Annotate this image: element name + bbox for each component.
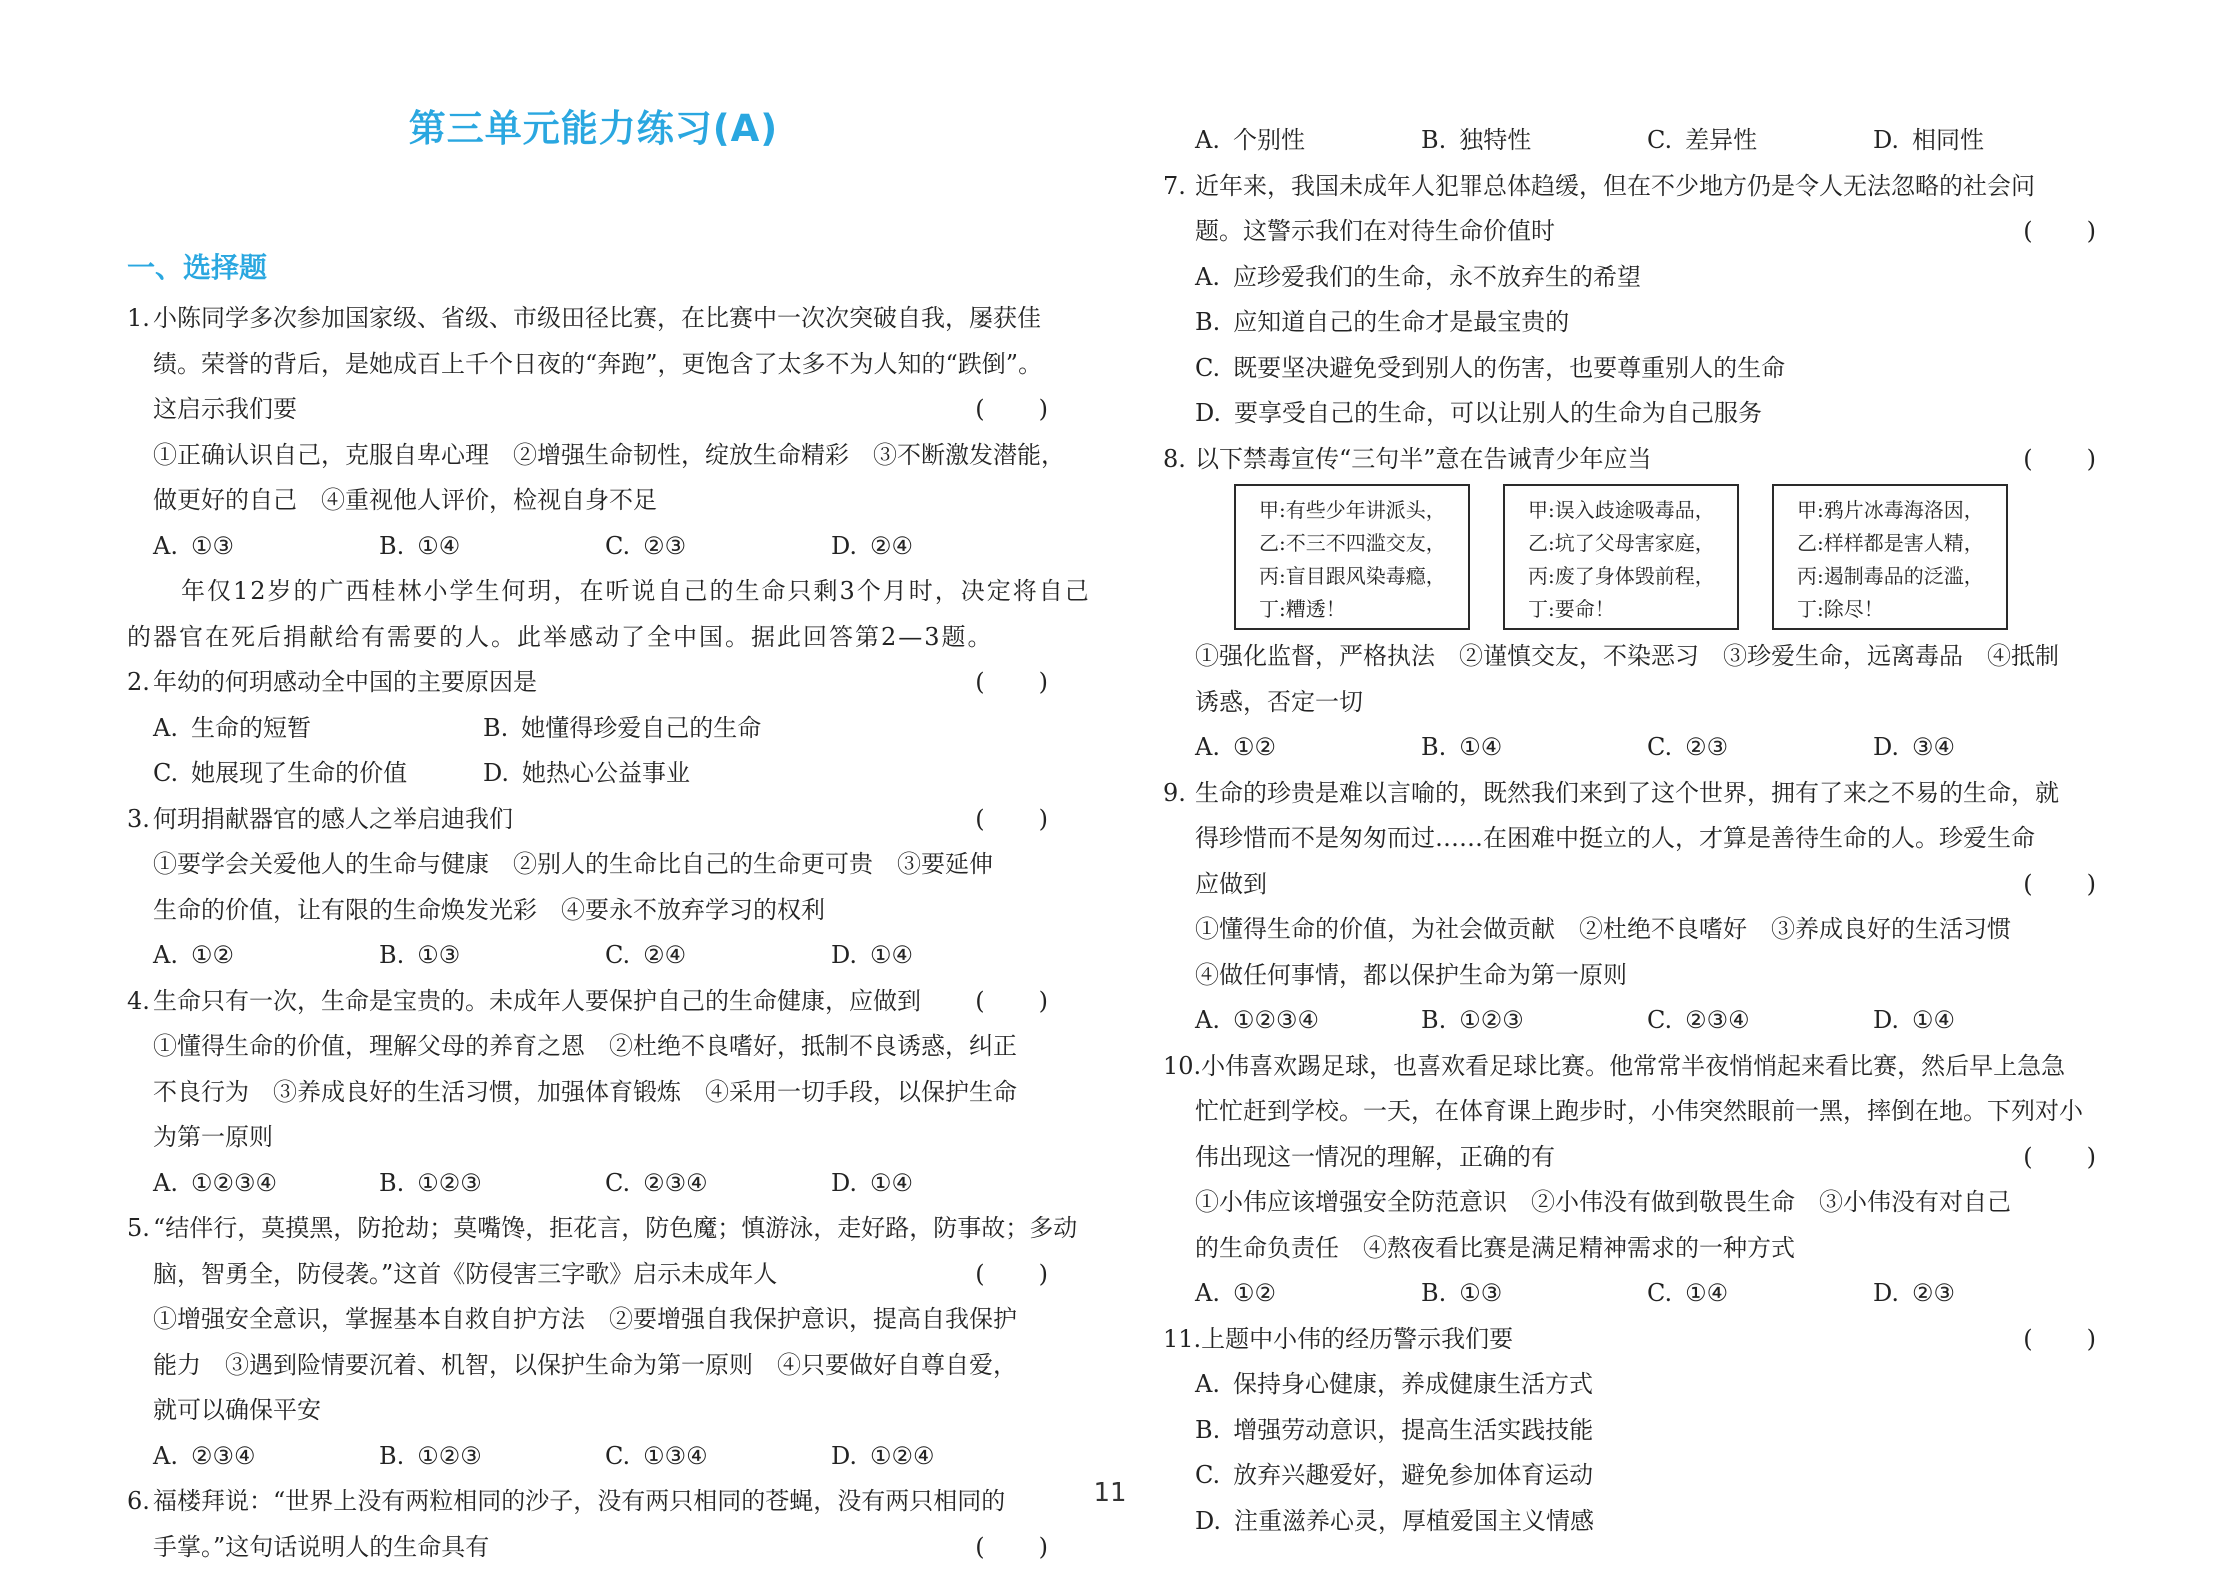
answer-blank: ( ) xyxy=(2023,209,2098,255)
text-line: 能力 ③遇到险情要沉着、机智，以保护生命为第一原则 ④只要做好自尊自爱， xyxy=(127,1343,1060,1389)
option-label: A. xyxy=(153,1169,178,1197)
option-a: A.②③④ xyxy=(153,1434,379,1480)
options-row: A.①②B.①④C.②③D.③④ xyxy=(1163,725,2108,771)
option-text: 注重滋养心灵，厚植爱国主义情感 xyxy=(1234,1507,1594,1535)
slogan-line: 乙:样样都是害人精， xyxy=(1797,527,2006,560)
question-number: 8. xyxy=(1163,437,1195,483)
option-d: D.①④ xyxy=(831,1161,1057,1207)
text-line: 伟出现这一情况的理解，正确的有( ) xyxy=(1163,1135,2108,1181)
option-label: B. xyxy=(1421,126,1446,154)
text-line: 题。这警示我们在对待生命价值时( ) xyxy=(1163,209,2108,255)
slogan-line: 乙:不三不四滥交友， xyxy=(1259,527,1468,560)
slogan-line: 丙:盲目跟风染毒瘾， xyxy=(1259,560,1468,593)
option-text: 应知道自己的生命才是最宝贵的 xyxy=(1233,308,1569,336)
option-text: ①③ xyxy=(417,941,460,969)
option-a: A.个别性 xyxy=(1195,118,1421,164)
option-label: D. xyxy=(831,941,857,969)
answer-blank: ( ) xyxy=(975,1252,1050,1298)
question-stem-line: 4.生命只有一次，生命是宝贵的。未成年人要保护自己的生命健康，应做到( ) xyxy=(127,979,1060,1025)
option-text: ①④ xyxy=(1685,1279,1728,1307)
option-text: ①④ xyxy=(870,1169,913,1197)
text-line: 这启示我们要( ) xyxy=(127,387,1060,433)
text-line: 为第一原则 xyxy=(127,1115,1060,1161)
option-line: C.既要坚决避免受到别人的伤害，也要尊重别人的生命 xyxy=(1163,346,2108,392)
option-label: D. xyxy=(1195,399,1221,427)
options-row: A.①②B.①③C.②④D.①④ xyxy=(127,933,1060,979)
option-label: C. xyxy=(1647,733,1672,761)
options-row: A.生命的短暂B.她懂得珍爱自己的生命 xyxy=(127,706,1060,752)
question-number: 4. xyxy=(127,979,153,1025)
page-title: 第三单元能力练习(A) xyxy=(127,98,1060,152)
answer-blank: ( ) xyxy=(2023,862,2098,908)
option-a: A.①②③④ xyxy=(1195,998,1421,1044)
option-label: A. xyxy=(1195,1006,1220,1034)
option-b: B.①③ xyxy=(1421,1271,1647,1317)
option-label: A. xyxy=(1195,1370,1220,1398)
question-text: 上题中小伟的经历警示我们要 xyxy=(1201,1325,1513,1353)
answer-blank: ( ) xyxy=(975,1525,1050,1571)
text-content: ①强化监督，严格执法 ②谨慎交友，不染恶习 ③珍爱生命，远离毒品 ④抵制 xyxy=(1195,642,2059,670)
worksheet-page: 第三单元能力练习(A) 一、选择题 1.小陈同学多次参加国家级、省级、市级田径比… xyxy=(0,0,2220,1571)
option-text: 个别性 xyxy=(1233,126,1305,154)
option-d: D.②③ xyxy=(1873,1271,2099,1317)
option-label: B. xyxy=(1421,733,1446,761)
option-text: ①② xyxy=(1233,1279,1276,1307)
question-number: 2. xyxy=(127,660,153,706)
option-text: ②③④ xyxy=(1685,1006,1750,1034)
text-line: ①强化监督，严格执法 ②谨慎交友，不染恶习 ③珍爱生命，远离毒品 ④抵制 xyxy=(1163,634,2108,680)
option-d: D.她热心公益事业 xyxy=(483,751,690,797)
question-stem-line: 1.小陈同学多次参加国家级、省级、市级田径比赛，在比赛中一次次突破自我，屡获佳 xyxy=(127,296,1060,342)
question-text: 近年来，我国未成年人犯罪总体趋缓，但在不少地方仍是令人无法忽略的社会问 xyxy=(1195,172,2035,200)
option-label: C. xyxy=(605,532,630,560)
option-b: B.独特性 xyxy=(1421,118,1647,164)
option-label: C. xyxy=(605,1169,630,1197)
option-label: A. xyxy=(1195,1279,1220,1307)
options-row: A.①②③④B.①②③C.②③④D.①④ xyxy=(127,1161,1060,1207)
text-content: 诱惑，否定一切 xyxy=(1195,688,1363,716)
question-number: 7. xyxy=(1163,164,1195,210)
option-text: ①②③④ xyxy=(1233,1006,1319,1034)
text-content: 的器官在死后捐献给有需要的人。此举感动了全中国。据此回答第2—3题。 xyxy=(127,623,994,651)
slogan-line: 丙:废了身体毁前程， xyxy=(1528,560,1737,593)
option-text: ①④ xyxy=(870,941,913,969)
text-content: ①要学会关爱他人的生命与健康 ②别人的生命比自己的生命更可贵 ③要延伸 xyxy=(153,850,993,878)
option-text: ①③④ xyxy=(643,1442,708,1470)
slogan-line: 丁:要命！ xyxy=(1528,593,1737,626)
option-label: C. xyxy=(1647,126,1672,154)
question-stem-line: 3.何玥捐献器官的感人之举启迪我们( ) xyxy=(127,797,1060,843)
option-text: ②③ xyxy=(1685,733,1728,761)
option-text: ①③ xyxy=(1459,1279,1502,1307)
text-content: 脑，智勇全，防侵袭。”这首《防侵害三字歌》启示未成年人 xyxy=(153,1260,777,1288)
options-row: C.她展现了生命的价值D.她热心公益事业 xyxy=(127,751,1060,797)
text-content: 得珍惜而不是匆匆而过……在困难中挺立的人，才算是善待生命的人。珍爱生命 xyxy=(1195,824,2035,852)
text-content: ①正确认识自己，克服自卑心理 ②增强生命韧性，绽放生命精彩 ③不断激发潜能， xyxy=(153,441,1065,469)
option-line: A.保持身心健康，养成健康生活方式 xyxy=(1163,1362,2108,1408)
option-label: D. xyxy=(1873,733,1899,761)
answer-blank: ( ) xyxy=(975,660,1050,706)
text-content: 能力 ③遇到险情要沉着、机智，以保护生命为第一原则 ④只要做好自尊自爱， xyxy=(153,1351,1017,1379)
option-label: D. xyxy=(1873,1006,1899,1034)
question-number: 1. xyxy=(127,296,153,342)
options-row: A.①②B.①③C.①④D.②③ xyxy=(1163,1271,2108,1317)
question-stem-line: 5.“结伴行，莫摸黑，防抢劫；莫嘴馋，拒花言，防色魔；慎游泳，走好路，防事故；多… xyxy=(127,1206,1060,1252)
option-d: D.②④ xyxy=(831,524,1057,570)
option-label: A. xyxy=(1195,126,1220,154)
option-text: ①②③ xyxy=(417,1442,482,1470)
slogan-line: 甲:误入歧途吸毒品， xyxy=(1528,494,1737,527)
option-c: C.②③④ xyxy=(605,1161,831,1207)
text-content: ①懂得生命的价值，理解父母的养育之恩 ②杜绝不良嗜好，抵制不良诱惑，纠正 xyxy=(153,1032,1017,1060)
question-number: 5. xyxy=(127,1206,153,1252)
text-content: 手掌。”这句话说明人的生命具有 xyxy=(153,1533,489,1561)
option-label: A. xyxy=(153,1442,178,1470)
option-c: C.①③④ xyxy=(605,1434,831,1480)
text-line: 得珍惜而不是匆匆而过……在困难中挺立的人，才算是善待生命的人。珍爱生命 xyxy=(1163,816,2108,862)
question-text: 年幼的何玥感动全中国的主要原因是 xyxy=(153,668,537,696)
text-line: ①增强安全意识，掌握基本自救自护方法 ②要增强自我保护意识，提高自我保护 xyxy=(127,1297,1060,1343)
question-stem-line: 9.生命的珍贵是难以言喻的，既然我们来到了这个世界，拥有了来之不易的生命，就 xyxy=(1163,771,2108,817)
question-text: 生命的珍贵是难以言喻的，既然我们来到了这个世界，拥有了来之不易的生命，就 xyxy=(1195,779,2059,807)
text-line: 应做到( ) xyxy=(1163,862,2108,908)
option-b: B.①②③ xyxy=(379,1161,605,1207)
option-text: 她展现了生命的价值 xyxy=(191,759,407,787)
option-label: B. xyxy=(1195,308,1220,336)
option-line: B.增强劳动意识，提高生活实践技能 xyxy=(1163,1408,2108,1454)
option-text: ②③④ xyxy=(643,1169,708,1197)
text-content: ④做任何事情，都以保护生命为第一原则 xyxy=(1195,961,1627,989)
drug-slogan-box: 甲:误入歧途吸毒品，乙:坑了父母害家庭，丙:废了身体毁前程，丁:要命！ xyxy=(1503,484,1739,630)
option-text: 生命的短暂 xyxy=(191,714,311,742)
option-label: C. xyxy=(1195,1461,1220,1489)
option-d: D.相同性 xyxy=(1873,118,2099,164)
drug-slogan-box: 甲:有些少年讲派头，乙:不三不四滥交友，丙:盲目跟风染毒瘾，丁:糟透！ xyxy=(1234,484,1470,630)
option-text: 差异性 xyxy=(1685,126,1757,154)
option-d: D.①②④ xyxy=(831,1434,1057,1480)
text-content: 忙忙赶到学校。一天，在体育课上跑步时，小伟突然眼前一黑，摔倒在地。下列对小 xyxy=(1195,1097,2083,1125)
question-number: 6. xyxy=(127,1479,153,1525)
option-a: A.①② xyxy=(153,933,379,979)
option-text: 独特性 xyxy=(1459,126,1531,154)
question-number: 3. xyxy=(127,797,153,843)
question-text: 福楼拜说：“世界上没有两粒相同的沙子，没有两只相同的苍蝇，没有两只相同的 xyxy=(153,1487,1005,1515)
option-label: D. xyxy=(1195,1507,1221,1535)
option-b: B.①④ xyxy=(1421,725,1647,771)
question-text: 生命只有一次，生命是宝贵的。未成年人要保护自己的生命健康，应做到 xyxy=(153,987,921,1015)
option-a: A.①③ xyxy=(153,524,379,570)
option-b: B.①④ xyxy=(379,524,605,570)
option-text: 放弃兴趣爱好，避免参加体育运动 xyxy=(1233,1461,1593,1489)
option-c: C.②③ xyxy=(605,524,831,570)
slogan-line: 甲:鸦片冰毒海洛因， xyxy=(1797,494,2006,527)
question-text: 小伟喜欢踢足球，也喜欢看足球比赛。他常常半夜悄悄起来看比赛，然后早上急急 xyxy=(1201,1052,2065,1080)
slogan-line: 乙:坑了父母害家庭， xyxy=(1528,527,1737,560)
option-label: D. xyxy=(831,1442,857,1470)
right-column-lower: ①强化监督，严格执法 ②谨慎交友，不染恶习 ③珍爱生命，远离毒品 ④抵制诱惑，否… xyxy=(1163,634,2108,1544)
right-column-upper: A.个别性B.独特性C.差异性D.相同性7.近年来，我国未成年人犯罪总体趋缓，但… xyxy=(1163,118,2108,482)
text-line: ①正确认识自己，克服自卑心理 ②增强生命韧性，绽放生命精彩 ③不断激发潜能， xyxy=(127,433,1060,479)
option-label: B. xyxy=(379,1169,404,1197)
drug-slogan-box: 甲:鸦片冰毒海洛因，乙:样样都是害人精，丙:遏制毒品的泛滥，丁:除尽！ xyxy=(1772,484,2008,630)
option-line: D.注重滋养心灵，厚植爱国主义情感 xyxy=(1163,1499,2108,1545)
text-line: 就可以确保平安 xyxy=(127,1388,1060,1434)
text-content: 题。这警示我们在对待生命价值时 xyxy=(1195,217,1555,245)
answer-blank: ( ) xyxy=(975,979,1050,1025)
text-content: ①懂得生命的价值，为社会做贡献 ②杜绝不良嗜好 ③养成良好的生活习惯 xyxy=(1195,915,2011,943)
text-content: 这启示我们要 xyxy=(153,395,297,423)
option-label: D. xyxy=(831,1169,857,1197)
option-text: 保持身心健康，养成健康生活方式 xyxy=(1233,1370,1593,1398)
option-line: A.应珍爱我们的生命，永不放弃生的希望 xyxy=(1163,255,2108,301)
option-label: C. xyxy=(605,1442,630,1470)
option-text: 既要坚决避免受到别人的伤害，也要尊重别人的生命 xyxy=(1233,354,1785,382)
text-line: 的生命负责任 ④熬夜看比赛是满足精神需求的一种方式 xyxy=(1163,1226,2108,1272)
slogan-line: 甲:有些少年讲派头， xyxy=(1259,494,1468,527)
option-text: ①②④ xyxy=(870,1442,935,1470)
question-stem-line: 6.福楼拜说：“世界上没有两粒相同的沙子，没有两只相同的苍蝇，没有两只相同的 xyxy=(127,1479,1060,1525)
question-text: “结伴行，莫摸黑，防抢劫；莫嘴馋，拒花言，防色魔；慎游泳，走好路，防事故；多动 xyxy=(153,1214,1077,1242)
question-stem-line: 10.小伟喜欢踢足球，也喜欢看足球比赛。他常常半夜悄悄起来看比赛，然后早上急急 xyxy=(1163,1044,2108,1090)
option-line: B.应知道自己的生命才是最宝贵的 xyxy=(1163,300,2108,346)
text-line: 诱惑，否定一切 xyxy=(1163,680,2108,726)
option-label: B. xyxy=(379,1442,404,1470)
text-line: 年仅12岁的广西桂林小学生何玥，在听说自己的生命只剩3个月时，决定将自己 xyxy=(127,569,1060,615)
option-label: C. xyxy=(1647,1006,1672,1034)
answer-blank: ( ) xyxy=(2023,1135,2098,1181)
question-stem-line: 8.以下禁毒宣传“三句半”意在告诫青少年应当( ) xyxy=(1163,437,2108,483)
option-text: 相同性 xyxy=(1912,126,1984,154)
option-label: B. xyxy=(1421,1279,1446,1307)
option-line: C.放弃兴趣爱好，避免参加体育运动 xyxy=(1163,1453,2108,1499)
option-c: C.①④ xyxy=(1647,1271,1873,1317)
options-row: A.①②③④B.①②③C.②③④D.①④ xyxy=(1163,998,2108,1044)
option-label: B. xyxy=(1195,1416,1220,1444)
option-label: D. xyxy=(1873,1279,1899,1307)
options-row: A.个别性B.独特性C.差异性D.相同性 xyxy=(1163,118,2108,164)
text-line: 不良行为 ③养成良好的生活习惯，加强体育锻炼 ④采用一切手段，以保护生命 xyxy=(127,1070,1060,1116)
text-content: ①增强安全意识，掌握基本自救自护方法 ②要增强自我保护意识，提高自我保护 xyxy=(153,1305,1017,1333)
option-a: A.①② xyxy=(1195,725,1421,771)
option-a: A.①② xyxy=(1195,1271,1421,1317)
option-d: D.③④ xyxy=(1873,725,2099,771)
question-number: 10. xyxy=(1163,1044,1201,1090)
option-text: ②③ xyxy=(643,532,686,560)
option-text: ①④ xyxy=(1912,1006,1955,1034)
text-content: 年仅12岁的广西桂林小学生何玥，在听说自己的生命只剩3个月时，决定将自己 xyxy=(181,577,1091,605)
question-text: 以下禁毒宣传“三句半”意在告诫青少年应当 xyxy=(1195,445,1652,473)
question-number: 11. xyxy=(1163,1317,1201,1363)
slogan-line: 丁:糟透！ xyxy=(1259,593,1468,626)
option-text: ①④ xyxy=(417,532,460,560)
option-label: B. xyxy=(1421,1006,1446,1034)
option-text: 要享受自己的生命，可以让别人的生命为自己服务 xyxy=(1234,399,1762,427)
text-content: 不良行为 ③养成良好的生活习惯，加强体育锻炼 ④采用一切手段，以保护生命 xyxy=(153,1078,1017,1106)
text-content: 伟出现这一情况的理解，正确的有 xyxy=(1195,1143,1555,1171)
text-content: 应做到 xyxy=(1195,870,1267,898)
question-text: 小陈同学多次参加国家级、省级、市级田径比赛，在比赛中一次次突破自我，屡获佳 xyxy=(153,304,1041,332)
text-line: 脑，智勇全，防侵袭。”这首《防侵害三字歌》启示未成年人( ) xyxy=(127,1252,1060,1298)
option-text: ②④ xyxy=(643,941,686,969)
text-line: ④做任何事情，都以保护生命为第一原则 xyxy=(1163,953,2108,999)
slogan-line: 丁:除尽！ xyxy=(1797,593,2006,626)
option-text: 应珍爱我们的生命，永不放弃生的希望 xyxy=(1233,263,1641,291)
answer-blank: ( ) xyxy=(975,797,1050,843)
option-text: ①③ xyxy=(191,532,234,560)
question-number: 9. xyxy=(1163,771,1195,817)
text-line: 的器官在死后捐献给有需要的人。此举感动了全中国。据此回答第2—3题。 xyxy=(127,615,1060,661)
option-text: 增强劳动意识，提高生活实践技能 xyxy=(1233,1416,1593,1444)
option-label: A. xyxy=(153,941,178,969)
option-text: ①②③④ xyxy=(191,1169,277,1197)
answer-blank: ( ) xyxy=(975,387,1050,433)
question-stem-line: 11.上题中小伟的经历警示我们要( ) xyxy=(1163,1317,2108,1363)
option-c: C.差异性 xyxy=(1647,118,1873,164)
option-label: D. xyxy=(483,759,509,787)
option-line: D.要享受自己的生命，可以让别人的生命为自己服务 xyxy=(1163,391,2108,437)
option-text: ①②③ xyxy=(1459,1006,1524,1034)
option-text: ①④ xyxy=(1459,733,1502,761)
option-label: A. xyxy=(1195,263,1220,291)
answer-blank: ( ) xyxy=(2023,437,2098,483)
text-content: 绩。荣誉的背后，是她成百上千个日夜的“奔跑”，更饱含了太多不为人知的“跌倒”。 xyxy=(153,350,1042,378)
option-label: C. xyxy=(1195,354,1220,382)
option-c: C.②④ xyxy=(605,933,831,979)
text-line: ①懂得生命的价值，理解父母的养育之恩 ②杜绝不良嗜好，抵制不良诱惑，纠正 xyxy=(127,1024,1060,1070)
option-text: ②③④ xyxy=(191,1442,256,1470)
drug-slogan-boxes: 甲:有些少年讲派头，乙:不三不四滥交友，丙:盲目跟风染毒瘾，丁:糟透！甲:误入歧… xyxy=(1163,484,2108,630)
option-b: B.①②③ xyxy=(379,1434,605,1480)
text-content: 的生命负责任 ④熬夜看比赛是满足精神需求的一种方式 xyxy=(1195,1234,1795,1262)
options-row: A.①③B.①④C.②③D.②④ xyxy=(127,524,1060,570)
slogan-line: 丙:遏制毒品的泛滥， xyxy=(1797,560,2006,593)
option-d: D.①④ xyxy=(1873,998,2099,1044)
text-content: 就可以确保平安 xyxy=(153,1396,321,1424)
options-row: A.②③④B.①②③C.①③④D.①②④ xyxy=(127,1434,1060,1480)
text-content: 为第一原则 xyxy=(153,1123,273,1151)
text-line: ①小伟应该增强安全防范意识 ②小伟没有做到敬畏生命 ③小伟没有对自己 xyxy=(1163,1180,2108,1226)
option-label: C. xyxy=(153,759,178,787)
text-content: 生命的价值，让有限的生命焕发光彩 ④要永不放弃学习的权利 xyxy=(153,896,825,924)
text-line: 手掌。”这句话说明人的生命具有( ) xyxy=(127,1525,1060,1571)
option-label: D. xyxy=(831,532,857,560)
right-column: A.个别性B.独特性C.差异性D.相同性7.近年来，我国未成年人犯罪总体趋缓，但… xyxy=(1163,118,2108,1544)
option-text: 她热心公益事业 xyxy=(522,759,690,787)
option-c: C.②③ xyxy=(1647,725,1873,771)
option-label: B. xyxy=(379,941,404,969)
text-line: ①懂得生命的价值，为社会做贡献 ②杜绝不良嗜好 ③养成良好的生活习惯 xyxy=(1163,907,2108,953)
option-c: C.她展现了生命的价值 xyxy=(153,751,483,797)
option-b: B.①③ xyxy=(379,933,605,979)
option-text: ③④ xyxy=(1912,733,1955,761)
option-b: B.①②③ xyxy=(1421,998,1647,1044)
option-a: A.生命的短暂 xyxy=(153,706,483,752)
option-text: 她懂得珍爱自己的生命 xyxy=(521,714,761,742)
text-line: 绩。荣誉的背后，是她成百上千个日夜的“奔跑”，更饱含了太多不为人知的“跌倒”。 xyxy=(127,342,1060,388)
text-line: 生命的价值，让有限的生命焕发光彩 ④要永不放弃学习的权利 xyxy=(127,888,1060,934)
option-label: A. xyxy=(153,532,178,560)
option-label: D. xyxy=(1873,126,1899,154)
option-label: A. xyxy=(1195,733,1220,761)
option-text: ①② xyxy=(1233,733,1276,761)
option-c: C.②③④ xyxy=(1647,998,1873,1044)
question-stem-line: 7.近年来，我国未成年人犯罪总体趋缓，但在不少地方仍是令人无法忽略的社会问 xyxy=(1163,164,2108,210)
option-d: D.①④ xyxy=(831,933,1057,979)
option-a: A.①②③④ xyxy=(153,1161,379,1207)
option-label: B. xyxy=(483,714,508,742)
text-line: ①要学会关爱他人的生命与健康 ②别人的生命比自己的生命更可贵 ③要延伸 xyxy=(127,842,1060,888)
option-label: A. xyxy=(153,714,178,742)
section-heading: 一、选择题 xyxy=(127,246,267,286)
option-text: ①②③ xyxy=(417,1169,482,1197)
page-number: 11 xyxy=(1060,1478,1160,1508)
text-content: 做更好的自己 ④重视他人评价，检视自身不足 xyxy=(153,486,657,514)
option-text: ②③ xyxy=(1912,1279,1955,1307)
answer-blank: ( ) xyxy=(2023,1317,2098,1363)
text-content: ①小伟应该增强安全防范意识 ②小伟没有做到敬畏生命 ③小伟没有对自己 xyxy=(1195,1188,2011,1216)
left-column: 1.小陈同学多次参加国家级、省级、市级田径比赛，在比赛中一次次突破自我，屡获佳绩… xyxy=(127,296,1060,1570)
option-label: C. xyxy=(1647,1279,1672,1307)
question-stem-line: 2.年幼的何玥感动全中国的主要原因是( ) xyxy=(127,660,1060,706)
question-text: 何玥捐献器官的感人之举启迪我们 xyxy=(153,805,513,833)
text-line: 忙忙赶到学校。一天，在体育课上跑步时，小伟突然眼前一黑，摔倒在地。下列对小 xyxy=(1163,1089,2108,1135)
option-label: C. xyxy=(605,941,630,969)
option-text: ②④ xyxy=(870,532,913,560)
option-text: ①② xyxy=(191,941,234,969)
option-b: B.她懂得珍爱自己的生命 xyxy=(483,706,761,752)
text-line: 做更好的自己 ④重视他人评价，检视自身不足 xyxy=(127,478,1060,524)
option-label: B. xyxy=(379,532,404,560)
